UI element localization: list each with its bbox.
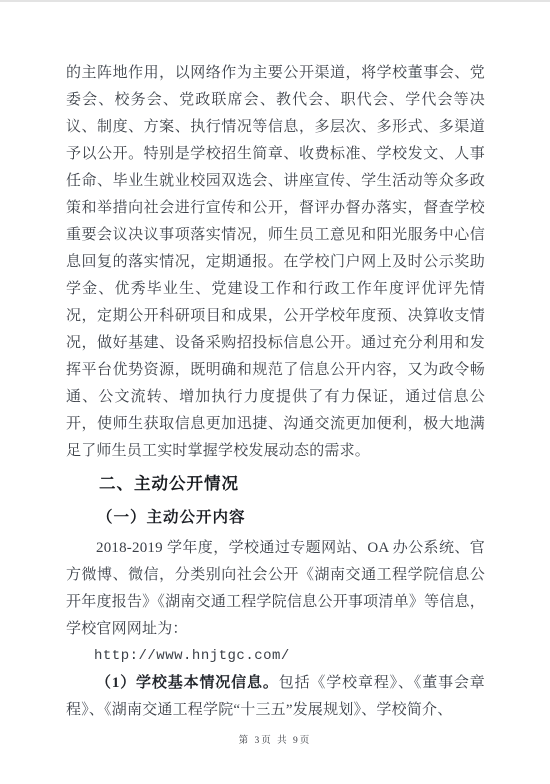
school-website-url: http://www.hnjtgc.com/	[66, 643, 485, 670]
page-content: 的主阵地作用，以网络作为主要公开渠道，将学校董事会、党委会、校务会、党政联席会、…	[66, 0, 485, 724]
subsection-heading-disclosure-content: （一）主动公开内容	[66, 507, 485, 529]
paragraph-disclosure-overview: 的主阵地作用，以网络作为主要公开渠道，将学校董事会、党委会、校务会、党政联席会、…	[66, 60, 485, 465]
document-page: 的主阵地作用，以网络作为主要公开渠道，将学校董事会、党委会、校务会、党政联席会、…	[0, 0, 550, 784]
paragraph-basic-school-info: （1）学校基本情况信息。包括《学校章程》、《董事会章程》、《湖南交通工程学院“十…	[66, 670, 485, 724]
section-heading-active-disclosure: 二、主动公开情况	[66, 473, 485, 495]
page-number-indicator: 第 3页 共 9页	[239, 736, 312, 746]
paragraph-disclosure-channels: 2018-2019 学年度，学校通过专题网站、OA 办公系统、官方微博、微信，分…	[66, 535, 485, 643]
page-footer: 第 3页 共 9页	[0, 732, 550, 746]
item-1-lead-bold: （1）学校基本情况信息。	[96, 675, 279, 691]
